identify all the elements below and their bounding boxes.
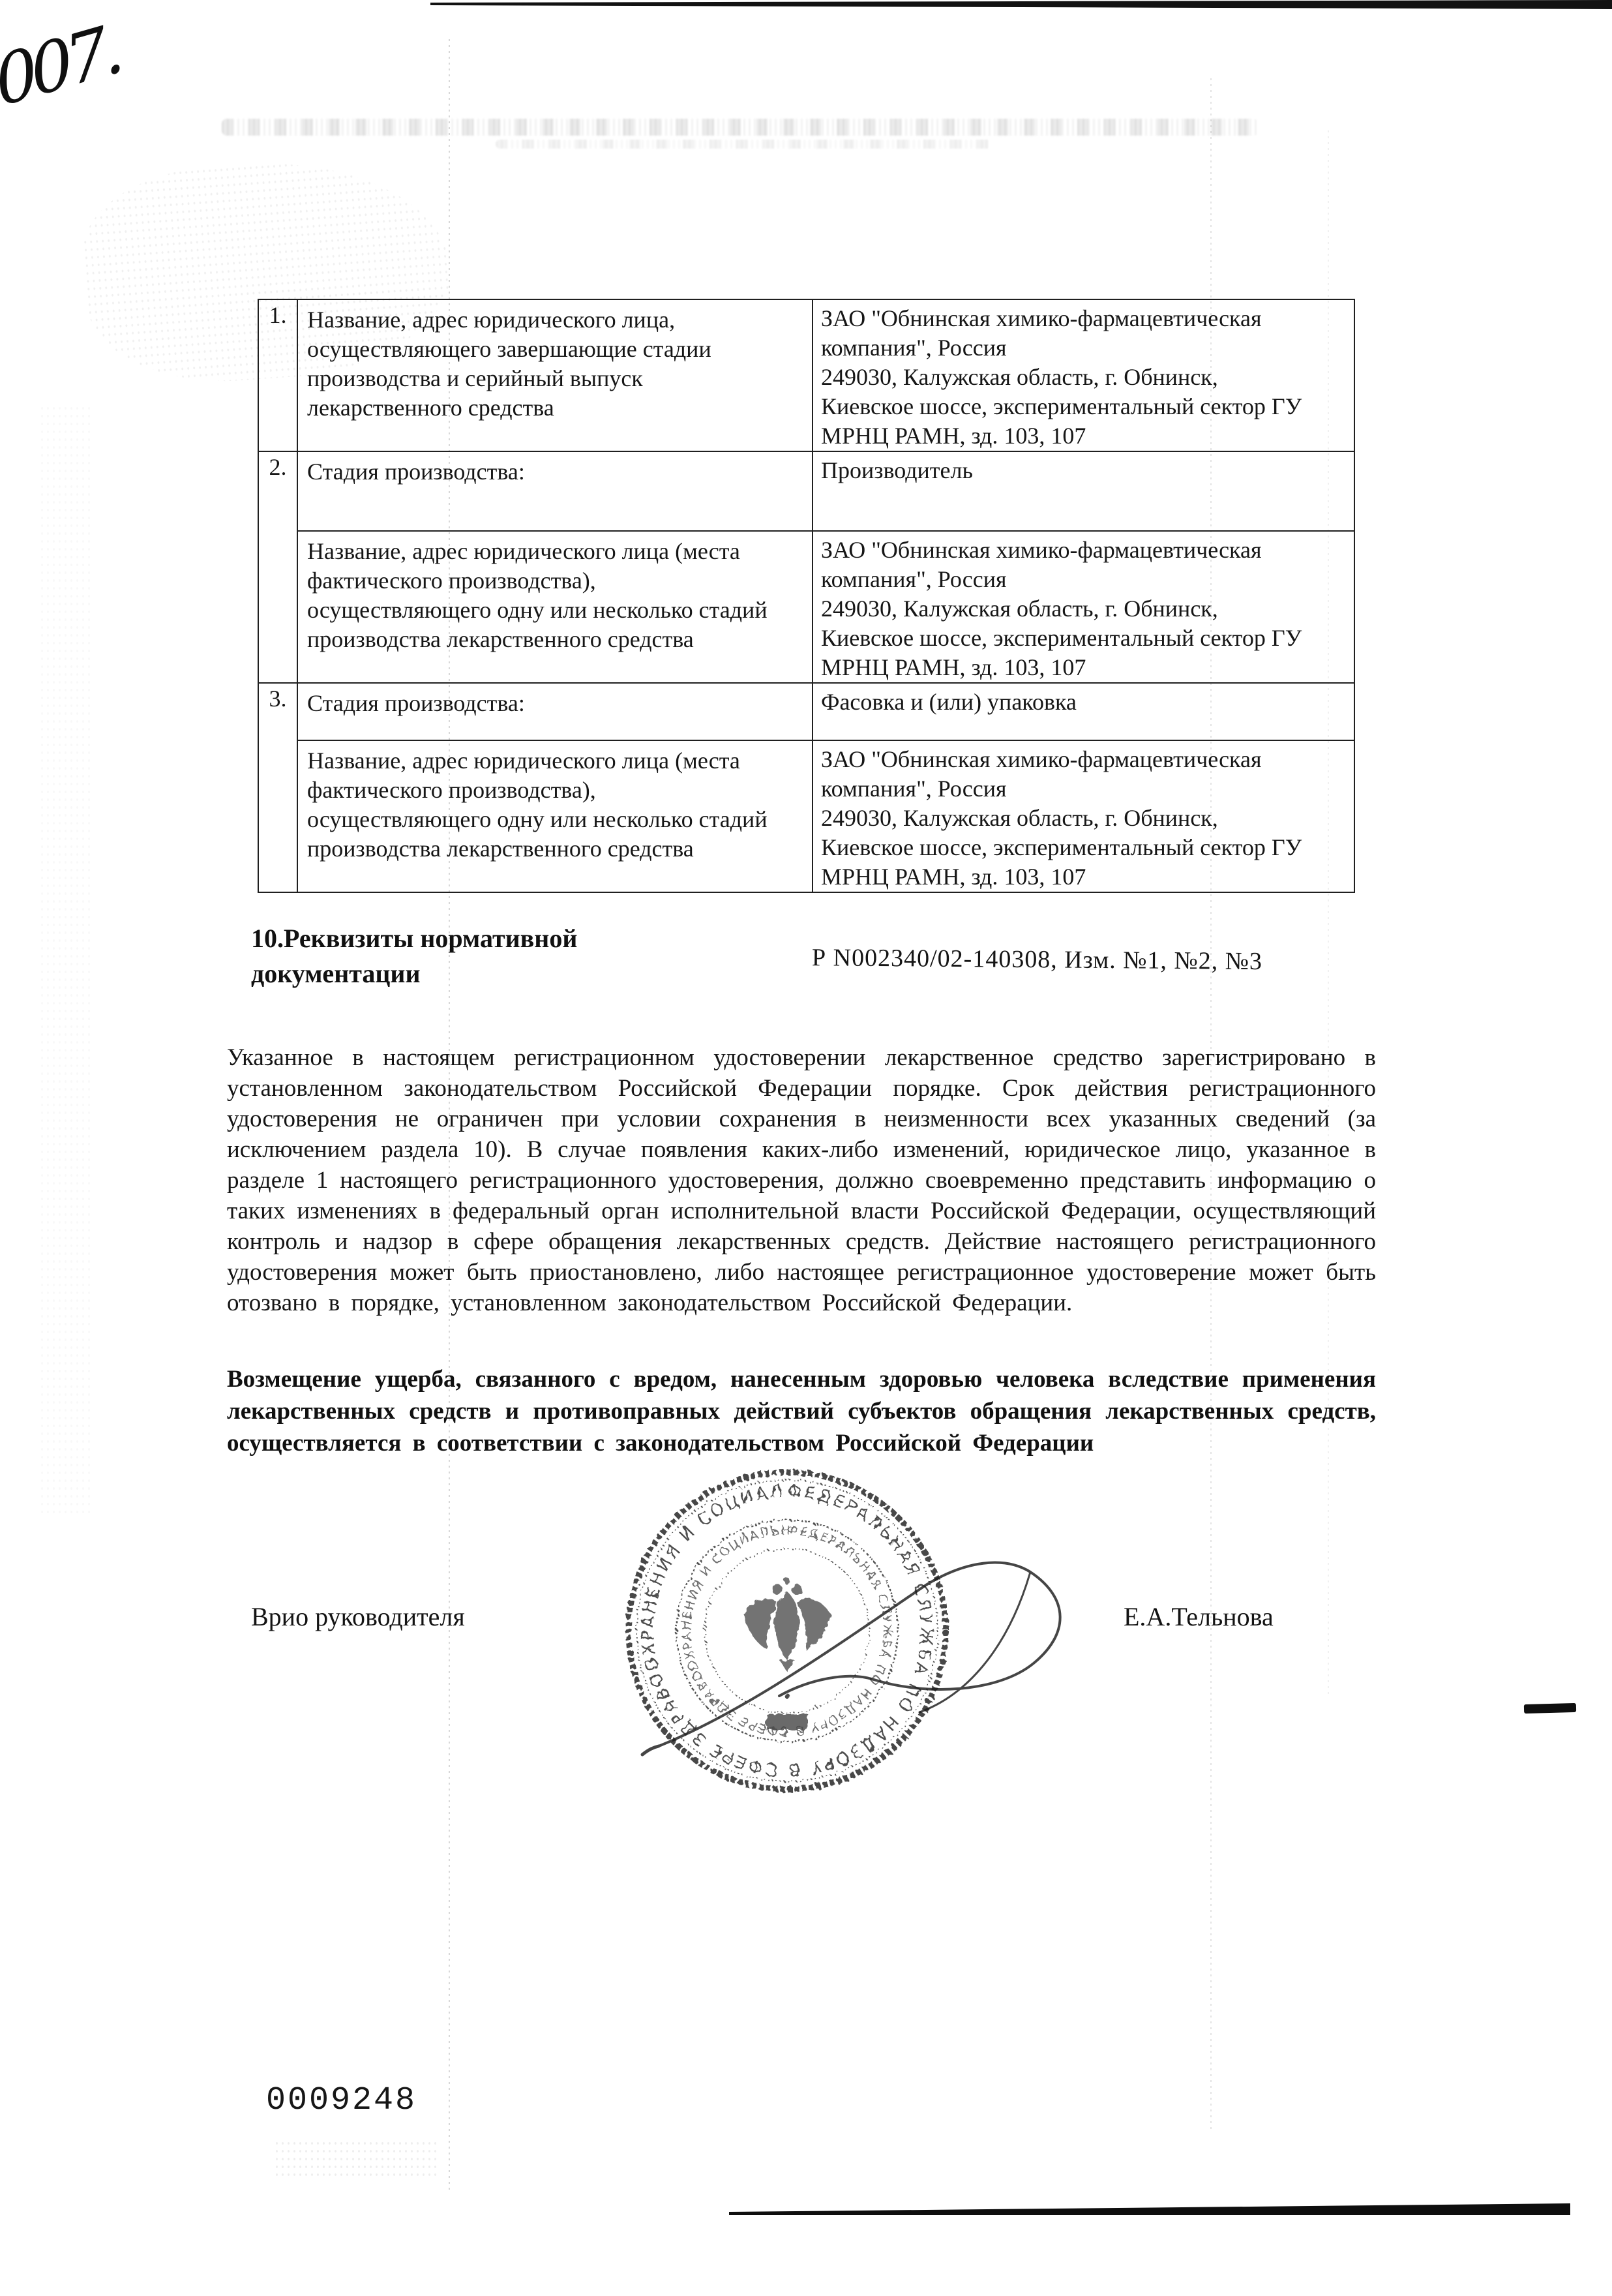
handwritten-note: 007. bbox=[0, 9, 123, 123]
form-number: 0009248 bbox=[266, 2082, 417, 2119]
liability-paragraph: Возмещение ущерба, связанного с вредом, … bbox=[227, 1363, 1376, 1459]
scanned-registration-certificate-page: 1. Название, адрес юридического лица, ос… bbox=[0, 0, 1612, 2296]
signatory-name: Е.А.Тельнова bbox=[1124, 1601, 1274, 1632]
double-headed-eagle-emblem bbox=[743, 1578, 831, 1672]
section10-heading: 10.Реквизиты нормативной документации bbox=[251, 921, 668, 991]
row-value-cell: Производитель bbox=[813, 451, 1354, 531]
table-row: 2. Стадия производства: Производитель bbox=[258, 451, 1354, 531]
margin-dash bbox=[1524, 1703, 1576, 1714]
table-row: Название, адрес юридического лица (места… bbox=[258, 531, 1354, 683]
scan-noise-band bbox=[222, 119, 1259, 136]
table-row: Название, адрес юридического лица (места… bbox=[258, 740, 1354, 892]
signatory-role: Врио руководителя bbox=[251, 1601, 465, 1632]
row-number-cell: 3. bbox=[258, 683, 297, 892]
table-row: 1. Название, адрес юридического лица, ос… bbox=[258, 299, 1354, 451]
row-value-cell: ЗАО "Обнинская химико-фармацевтическая к… bbox=[813, 531, 1354, 683]
table-row: 3. Стадия производства: Фасовка и (или) … bbox=[258, 683, 1354, 740]
handwritten-note-text: 007. bbox=[0, 9, 123, 123]
row-number-cell: 2. bbox=[258, 451, 297, 683]
row-label-cell: Стадия производства: bbox=[297, 451, 813, 531]
row-value-cell: ЗАО "Обнинская химико-фармацевтическая к… bbox=[813, 299, 1354, 451]
scan-edge-bar-bottom bbox=[729, 2203, 1570, 2215]
stamp-bottom-block bbox=[766, 1714, 808, 1730]
scan-noise-blob bbox=[274, 2139, 437, 2179]
row-value-cell: Фасовка и (или) упаковка bbox=[813, 683, 1354, 740]
registration-number: Р N002340/02-140308, Изм. №1, №2, №3 bbox=[812, 943, 1399, 977]
row-label-cell: Стадия производства: bbox=[297, 683, 813, 740]
scan-edge-bar-top bbox=[430, 0, 1612, 9]
row-label-cell: Название, адрес юридического лица, осуще… bbox=[297, 299, 813, 451]
manufacturing-table: 1. Название, адрес юридического лица, ос… bbox=[258, 299, 1355, 893]
scan-noise-blob bbox=[39, 404, 91, 1513]
scan-noise-band bbox=[496, 140, 991, 149]
row-number-cell: 1. bbox=[258, 299, 297, 451]
row-value-cell: ЗАО "Обнинская химико-фармацевтическая к… bbox=[813, 740, 1354, 892]
stamp-bottom-dot bbox=[784, 1693, 790, 1699]
row-label-cell: Название, адрес юридического лица (места… bbox=[297, 531, 813, 683]
legal-paragraph: Указанное в настоящем регистрационном уд… bbox=[227, 1042, 1376, 1318]
row-label-cell: Название, адрес юридического лица (места… bbox=[297, 740, 813, 892]
signature-stroke bbox=[642, 1563, 1060, 1755]
